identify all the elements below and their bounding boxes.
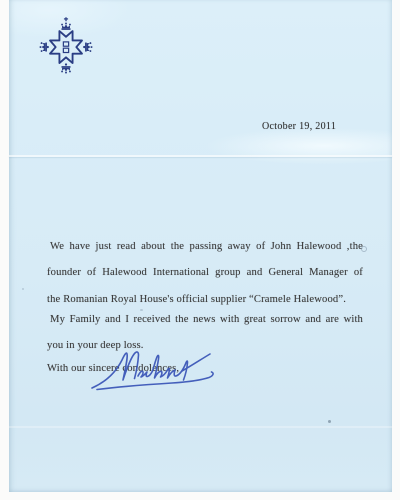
- scanned-letter-page: October 19, 2011 We have just read about…: [0, 0, 400, 500]
- letter-date: October 19, 2011: [262, 121, 336, 132]
- letter-line: My Family and I received the news with g…: [47, 313, 363, 339]
- scan-speck: [22, 288, 24, 290]
- letter-line: We have just read about the passing away…: [47, 240, 363, 266]
- paper-fold-line-faint: [9, 426, 392, 428]
- letter-line: the Romanian Royal House's official supp…: [47, 293, 363, 306]
- scan-speck: [328, 420, 331, 423]
- paragraph-1: We have just read about the passing away…: [47, 240, 363, 306]
- royal-crest-icon: [33, 17, 99, 79]
- letter-paper: October 19, 2011 We have just read about…: [9, 0, 392, 492]
- paper-fold-line: [9, 155, 392, 157]
- letter-line: founder of Halewood International group …: [47, 266, 363, 292]
- signature-handwritten-michael: [86, 343, 218, 393]
